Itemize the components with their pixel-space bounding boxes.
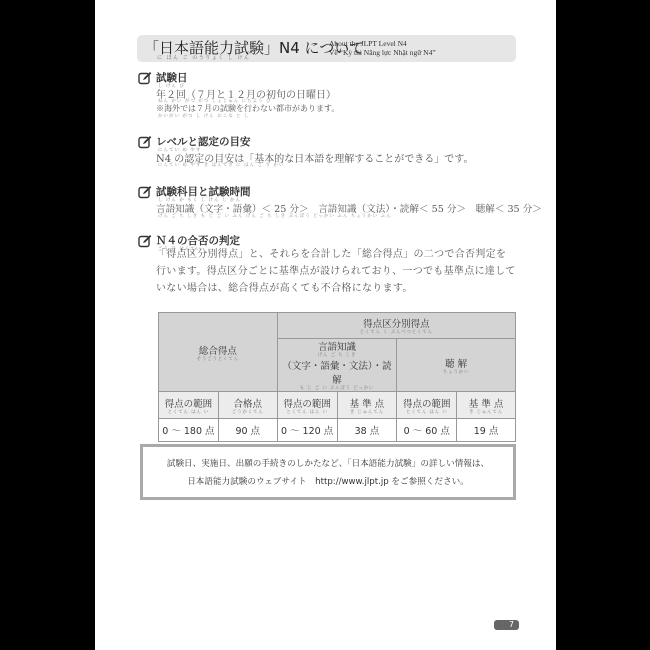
- header-total-label: 総合得点: [199, 346, 237, 357]
- header-lang-sub: （文字・語彙・文法）・読解: [282, 361, 391, 386]
- header-listening: 聴 解 ちょうかい: [397, 339, 516, 392]
- subheader-cell: 得点の範囲とくてん はん い: [159, 392, 219, 419]
- page-subtitle: About the JLPT Level N4 Về “Kỳ thi Năng …: [329, 39, 436, 57]
- section-text-ruby: にんてい め やす き ほんてき に ほん ご り かい: [158, 162, 284, 168]
- value-cell: 19 点: [457, 419, 516, 442]
- section-paragraph: 「得点区分別得点」と、それらを合計した「総合得点」の二つで合否判定を行います。得…: [156, 246, 516, 297]
- section-note-ruby: かいがい がつ し けん おこな と し: [158, 113, 250, 119]
- edit-note-icon: [138, 71, 152, 85]
- header-listening-ruby: ちょうかい: [397, 370, 515, 375]
- subheader-ruby: とくてん はん い: [397, 410, 456, 415]
- header-listening-label: 聴 解: [445, 359, 467, 370]
- value-cell: 38 点: [337, 419, 397, 442]
- score-table: 総合得点 そうごうとくてん 得点区分別得点 とくてん く ぶんべつとくてん 言語…: [158, 312, 516, 442]
- header-lang-sub-ruby: も じ ご い ぶんぽう どっかい: [278, 386, 397, 391]
- document-page: 「日本語能力試験」N4 について に ほん ご のうりょく し けん About…: [95, 0, 556, 650]
- subheader-label: 基 準 点: [469, 399, 504, 410]
- header-sections-ruby: とくてん く ぶんべつとくてん: [278, 330, 515, 335]
- section-text-ruby: げん ご ち しき も じ ご い ふん げん ご ち しき ぶんぽう どっかい…: [158, 213, 392, 219]
- subheader-ruby: き じゅんてん: [338, 410, 397, 415]
- header-sections-label: 得点区分別得点: [363, 319, 430, 330]
- subheader-label: 合格点: [234, 399, 263, 410]
- info-box: 試験日、実施日、出願の手続きのしかたなど、「日本語能力試験」の詳しい情報は、 日…: [140, 444, 516, 500]
- subheader-label: 得点の範囲: [403, 399, 451, 410]
- subheader-cell: 基 準 点き じゅんてん: [337, 392, 397, 419]
- info-line-1: 試験日、実施日、出願の手続きのしかたなど、「日本語能力試験」の詳しい情報は、: [143, 457, 513, 469]
- subheader-ruby: とくてん はん い: [159, 410, 218, 415]
- header-total-ruby: そうごうとくてん: [159, 357, 277, 362]
- value-cell: 0 ～ 120 点: [277, 419, 337, 442]
- table-subheader-row: 得点の範囲とくてん はん い 合格点ごうかくてん 得点の範囲とくてん はん い …: [159, 392, 516, 419]
- subheader-label: 基 準 点: [350, 399, 385, 410]
- page-number: 7: [494, 620, 519, 630]
- subheader-ruby: とくてん はん い: [278, 410, 337, 415]
- table-row: 0 ～ 180 点 90 点 0 ～ 120 点 38 点 0 ～ 60 点 1…: [159, 419, 516, 442]
- subheader-label: 得点の範囲: [165, 399, 213, 410]
- subheader-cell: 合格点ごうかくてん: [218, 392, 277, 419]
- subheader-cell: 得点の範囲とくてん はん い: [397, 392, 457, 419]
- subtitle-english: About the JLPT Level N4: [329, 39, 436, 48]
- edit-note-icon: [138, 234, 152, 248]
- subheader-ruby: ごうかくてん: [219, 410, 277, 415]
- edit-note-icon: [138, 135, 152, 149]
- info-line-2: 日本語能力試験のウェブサイト http://www.jlpt.jp をご参照くだ…: [143, 475, 513, 487]
- header-total-score: 総合得点 そうごうとくてん: [159, 313, 278, 392]
- edit-note-icon: [138, 185, 152, 199]
- value-cell: 0 ～ 180 点: [159, 419, 219, 442]
- header-language-knowledge: 言語知識 げん ご ち しき （文字・語彙・文法）・読解 も じ ご い ぶんぽ…: [277, 339, 397, 392]
- value-cell: 90 点: [218, 419, 277, 442]
- subheader-label: 得点の範囲: [283, 399, 331, 410]
- page-header: 「日本語能力試験」N4 について に ほん ご のうりょく し けん About…: [137, 35, 516, 62]
- value-cell: 0 ～ 60 点: [397, 419, 457, 442]
- header-lang-label: 言語知識: [318, 342, 356, 353]
- subheader-ruby: き じゅんてん: [457, 410, 515, 415]
- subtitle-vietnamese: Về “Kỳ thi Năng lực Nhật ngữ N4”: [329, 48, 436, 57]
- subheader-cell: 基 準 点き じゅんてん: [457, 392, 516, 419]
- subheader-cell: 得点の範囲とくてん はん い: [277, 392, 337, 419]
- header-section-scores: 得点区分別得点 とくてん く ぶんべつとくてん: [277, 313, 515, 339]
- header-lang-ruby: げん ご ち しき: [278, 353, 397, 358]
- page-title-ruby: に ほん ご のうりょく し けん: [157, 54, 250, 61]
